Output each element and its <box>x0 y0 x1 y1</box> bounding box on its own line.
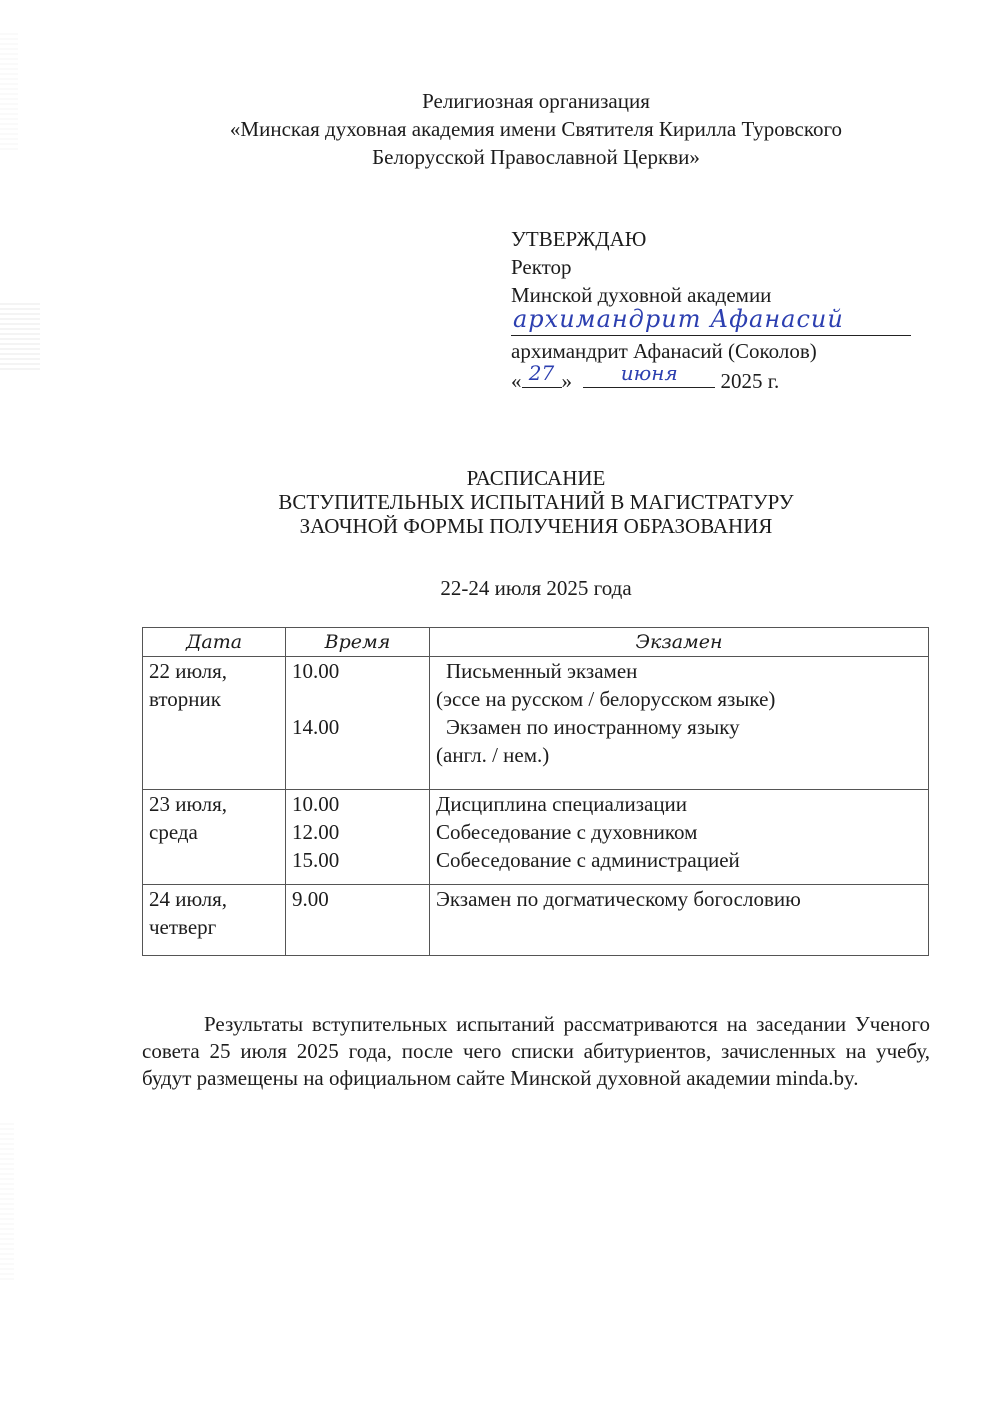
time-cell: 10.00 12.00 15.00 <box>286 790 430 885</box>
signature-underline <box>511 335 911 336</box>
table-row: 24 июля, четверг 9.00 Экзамен по догмати… <box>143 885 929 956</box>
scan-artifact <box>0 1120 14 1280</box>
exam-cell: Экзамен по догматическому богословию <box>430 885 929 956</box>
org-line: Религиозная организация <box>72 87 1000 115</box>
date-cell: 22 июля, вторник <box>143 657 286 790</box>
exam-cell: Письменный экзамен (эссе на русском / бе… <box>430 657 929 790</box>
signatory-name: архимандрит Афанасий (Соколов) <box>511 337 931 365</box>
title-line: ВСТУПИТЕЛЬНЫХ ИСПЫТАНИЙ В МАГИСТРАТУРУ <box>72 490 1000 514</box>
date-year: 2025 г. <box>721 369 780 393</box>
org-line: Белорусской Православной Церкви» <box>72 143 1000 171</box>
approval-position: Ректор <box>511 253 931 281</box>
table-header-row: Дата Время Экзамен <box>143 628 929 657</box>
table-row: 22 июля, вторник 10.00 14.00 Письменный … <box>143 657 929 790</box>
approval-block: УТВЕРЖДАЮ Ректор Минской духовной академ… <box>511 225 931 395</box>
handwritten-day: 27 <box>522 359 562 387</box>
org-line: «Минская духовная академия имени Святите… <box>72 115 1000 143</box>
column-header-exam: Экзамен <box>430 628 929 657</box>
column-header-date: Дата <box>143 628 286 657</box>
results-paragraph: Результаты вступительных испытаний рассм… <box>142 1011 930 1092</box>
schedule-table: Дата Время Экзамен 22 июля, вторник 10.0… <box>142 627 929 956</box>
organization-header: Религиозная организация «Минская духовна… <box>0 87 1000 171</box>
title-line: ЗАОЧНОЙ ФОРМЫ ПОЛУЧЕНИЯ ОБРАЗОВАНИЯ <box>72 514 1000 538</box>
exam-cell: Дисциплина специализации Собеседование с… <box>430 790 929 885</box>
signature-line: архимандрит Афанасий <box>511 309 931 337</box>
date-day-blank: 27 <box>522 365 562 388</box>
date-cell: 24 июля, четверг <box>143 885 286 956</box>
handwritten-signature: архимандрит Афанасий <box>513 305 844 333</box>
approval-heading: УТВЕРЖДАЮ <box>511 225 931 253</box>
time-cell: 9.00 <box>286 885 430 956</box>
date-range: 22-24 июля 2025 года <box>0 576 1000 601</box>
date-month-blank: июня <box>583 365 715 388</box>
scan-artifact <box>0 300 40 370</box>
time-cell: 10.00 14.00 <box>286 657 430 790</box>
column-header-time: Время <box>286 628 430 657</box>
title-line: РАСПИСАНИЕ <box>72 466 1000 490</box>
document-title: РАСПИСАНИЕ ВСТУПИТЕЛЬНЫХ ИСПЫТАНИЙ В МАГ… <box>0 466 1000 538</box>
approval-date: «27» июня 2025 г. <box>511 365 931 395</box>
handwritten-month: июня <box>583 359 715 387</box>
table-row: 23 июля, среда 10.00 12.00 15.00 Дисципл… <box>143 790 929 885</box>
date-cell: 23 июля, среда <box>143 790 286 885</box>
